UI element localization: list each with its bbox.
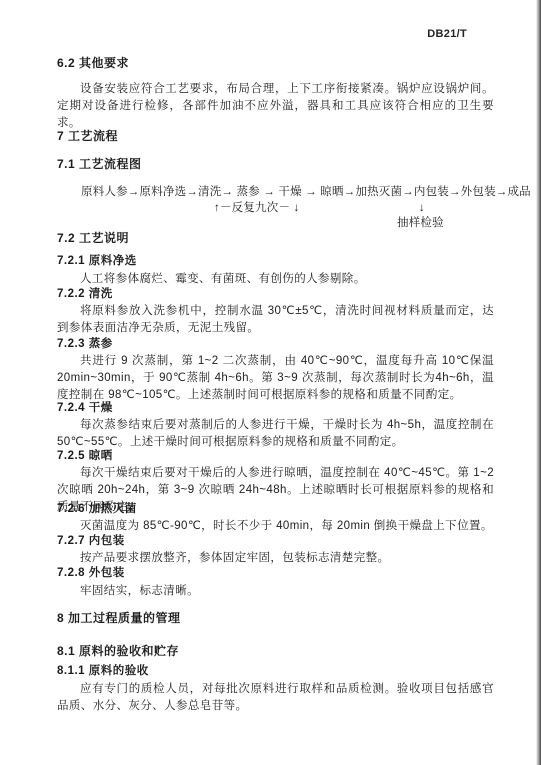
doc-code: DB21/T [427, 28, 467, 40]
clause-heading-7-2-7: 7.2.7 内包装 [57, 534, 494, 549]
document-page: DB21/T 6.2 其他要求 设备安装应符合工艺要求，布局合理，上下工序衔接紧… [0, 0, 541, 765]
flow-main-line: 原料人参→原料净选→清洗→ 蒸参 → 干燥 → 晾晒→加热灭菌→内包装→外包装→… [81, 185, 531, 200]
clause-heading-7-2-5: 7.2.5 晾晒 [57, 449, 494, 464]
clause-heading-7-2-1: 7.2.1 原料净选 [57, 254, 494, 269]
process-flow-diagram: 原料人参→原料净选→清洗→ 蒸参 → 干燥 → 晾晒→加热灭菌→内包装→外包装→… [57, 185, 494, 233]
section-heading-7-1: 7.1 工艺流程图 [57, 157, 494, 172]
flow-branch-arrow-icon: ↓ [419, 201, 425, 216]
chapter-heading-8: 8 加工过程质量的管理 [57, 611, 494, 626]
flow-loop-label: ↑－反复九次－ ↓ [214, 201, 300, 216]
clause-heading-7-2-3: 7.2.3 蒸参 [57, 337, 494, 352]
flow-sample-check-label: 抽样检验 [397, 216, 444, 231]
chapter-heading-7: 7 工艺流程 [57, 129, 494, 144]
paragraph-7-2-1: 人工将参体腐烂、霉变、有菌斑、有创伤的人参剔除。 [57, 271, 494, 288]
paragraph-7-2-3: 共进行 9 次蒸制，第 1~2 二次蒸制，由 40℃~90℃，温度每升高 10℃… [57, 353, 494, 404]
clause-heading-7-2-6: 7.2.6 加热灭菌 [57, 502, 494, 517]
paragraph-7-2-4: 每次蒸参结束后要对蒸制后的人参进行干燥，干燥时长为 4h~5h，温度控制在 50… [57, 417, 494, 451]
paragraph-7-2-6: 灭菌温度为 85℃-90℃，时长不少于 40min，每 20min 倒换干燥盘上… [57, 518, 494, 535]
scan-edge-shadow [536, 0, 541, 765]
clause-heading-7-2-8: 7.2.8 外包装 [57, 566, 494, 581]
paragraph-7-2-2: 将原料参放入洗参机中，控制水温 30℃±5℃，清洗时间视材料质量而定，达到参体表… [57, 303, 494, 337]
section-heading-8-1: 8.1 原料的验收和贮存 [57, 644, 494, 659]
section-heading-6-2: 6.2 其他要求 [57, 56, 494, 71]
section-heading-7-2: 7.2 工艺说明 [57, 231, 494, 246]
clause-heading-7-2-4: 7.2.4 干燥 [57, 401, 494, 416]
paragraph-7-2-7: 按产品要求摆放整齐，参体固定牢固，包装标志清楚完整。 [57, 550, 494, 567]
paragraph-7-2-8: 牢固结实，标志清晰。 [57, 583, 494, 600]
paragraph-8-1-1: 应有专门的质检人员，对每批次原料进行取样和品质检测。验收项目包括感官品质、水分、… [57, 681, 494, 715]
clause-heading-7-2-2: 7.2.2 清洗 [57, 287, 494, 302]
clause-heading-8-1-1: 8.1.1 原料的验收 [57, 664, 494, 679]
paragraph-6-2: 设备安装应符合工艺要求，布局合理，上下工序衔接紧凑。锅炉应设锅炉间。定期对设备进… [57, 81, 494, 132]
